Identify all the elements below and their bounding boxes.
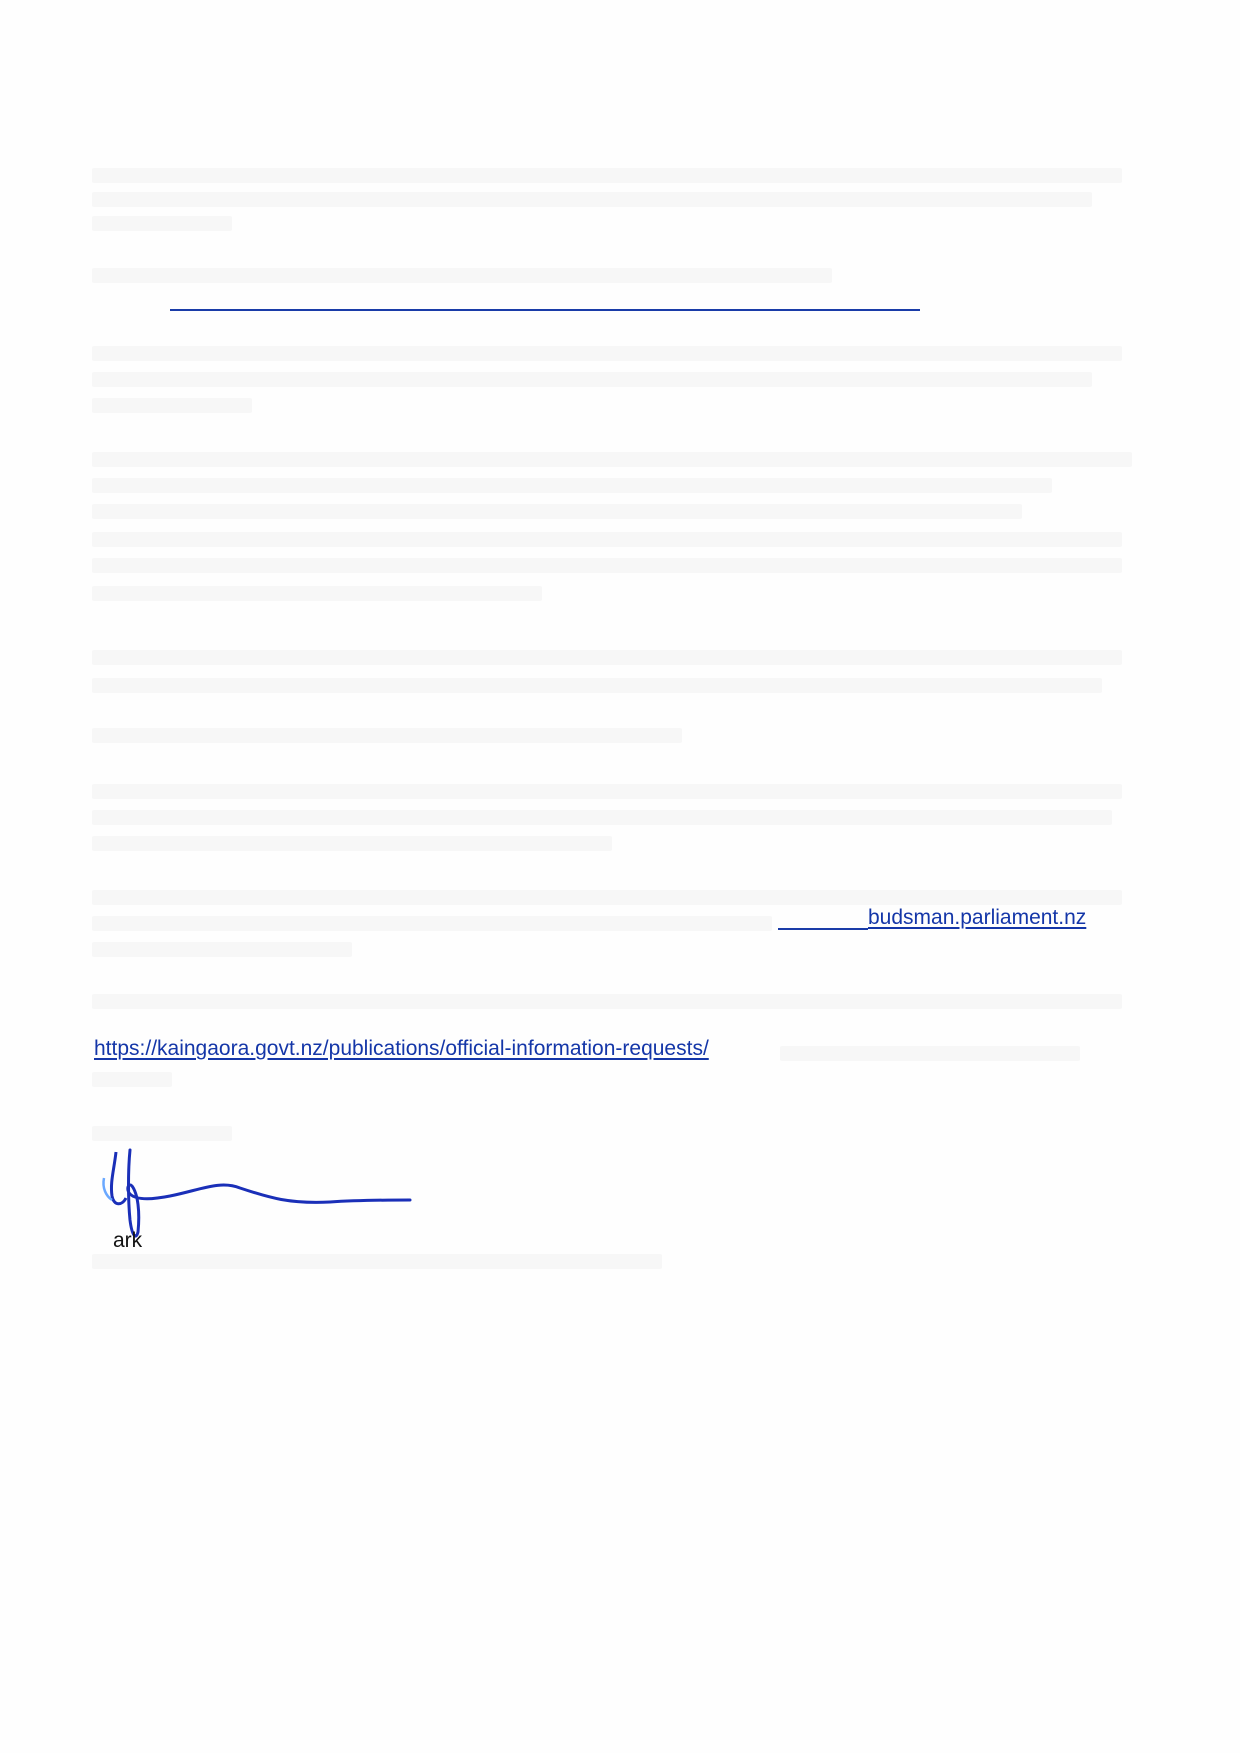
faint-text-line [92,810,1112,825]
link-underline[interactable] [170,309,920,311]
faint-text-line [92,478,1052,493]
faint-text-line [92,398,252,413]
faint-text-line [92,1072,172,1087]
faint-text-line [92,836,612,851]
faint-text-line [92,678,1102,693]
faint-text-line [92,532,1122,547]
faint-text-line [780,1046,1080,1061]
faint-text-line [92,452,1132,467]
signature-image [100,1140,420,1250]
faint-text-line [92,504,1022,519]
ombudsman-link-underline-prefix[interactable] [778,928,868,930]
faint-text-line [92,346,1122,361]
faint-text-line [92,372,1092,387]
faint-text-line [92,216,232,231]
faint-text-line [92,994,1122,1009]
faint-text-line [92,728,682,743]
ombudsman-link[interactable]: budsman.parliament.nz [868,906,1086,930]
faint-text-line [92,168,1122,183]
oia-publications-link[interactable]: https://kaingaora.govt.nz/publications/o… [94,1037,709,1061]
faint-text-line [92,890,1122,905]
faint-text-line [92,784,1122,799]
faint-text-line [92,650,1122,665]
faint-text-line [92,942,352,957]
faint-text-line [92,586,542,601]
signatory-name-fragment: ark [113,1229,142,1253]
faint-signoff [92,1126,232,1141]
faint-text-line [92,916,772,931]
faint-signatory-title [92,1254,662,1269]
faint-text-line [92,268,832,283]
faint-text-line [92,558,1122,573]
faint-text-line [92,192,1092,207]
